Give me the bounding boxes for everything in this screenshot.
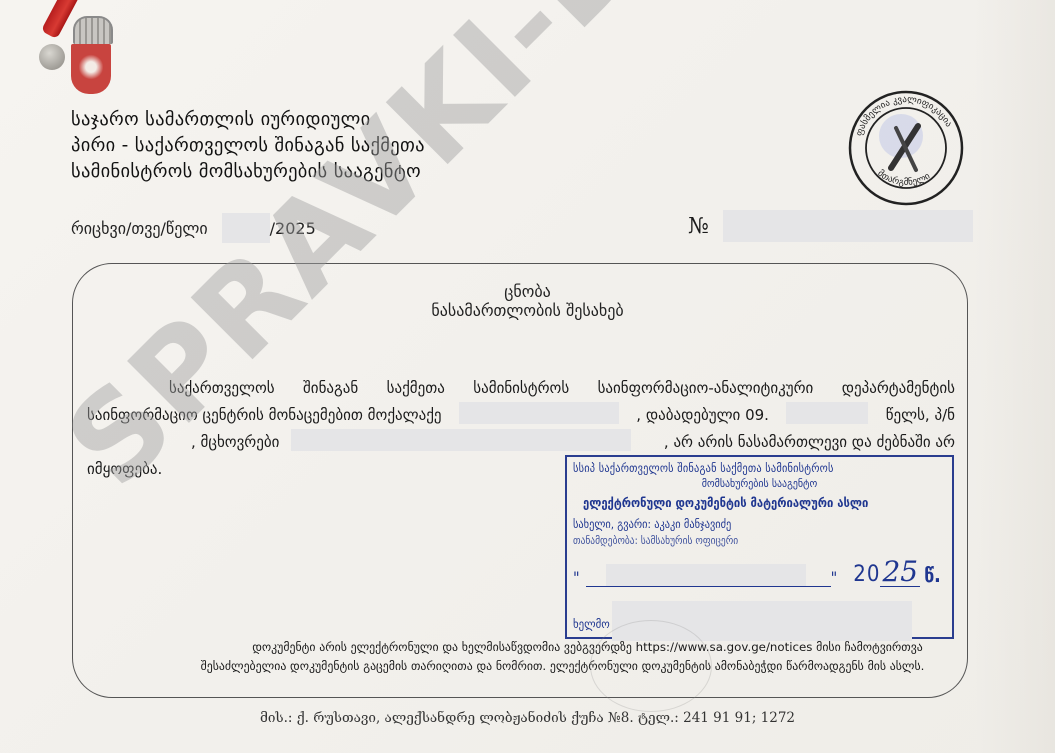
body-word: საინფორმაციო-ანალიტიკური xyxy=(598,375,814,402)
body-line-2: საინფორმაციო ცენტრის მონაცემებით მოქალაქ… xyxy=(87,402,955,429)
coat-of-arms-icon xyxy=(69,16,113,94)
issue-date-row: რიცხვი/თვე/წელი /2025 xyxy=(71,213,316,243)
org-line-1: საჯარო სამართლის იურიდიული xyxy=(71,107,425,133)
date-underline xyxy=(586,568,831,587)
redacted-cert-date xyxy=(606,564,806,586)
org-line-2: პირი - საქართველოს შინაგან საქმეთა xyxy=(71,133,425,159)
org-line-3: სამინისტროს მომსახურების სააგენტო xyxy=(71,159,425,185)
body-text: იმყოფება. xyxy=(87,456,162,483)
year-prefix: 20 xyxy=(853,562,880,587)
document-number-row: № xyxy=(688,210,973,242)
cert-line-4: სახელი, გვარი: აკაკი მანჯავიძე xyxy=(573,517,731,531)
redacted-personal-number xyxy=(87,429,179,451)
footer-address: მის.: ქ. რუსთავი, ალექსანდრე ლობჟანიძის … xyxy=(0,710,1055,726)
date-label: რიცხვი/თვე/წელი xyxy=(71,219,208,238)
body-text: წელს, პ/ნ xyxy=(886,402,955,429)
body-text: , მცხოვრები xyxy=(191,429,279,456)
redacted-address xyxy=(291,429,631,451)
faint-round-stamp-icon xyxy=(590,620,712,712)
cert-line-1: სსიპ საქართველოს შინაგან საქმეთა სამინის… xyxy=(573,461,834,475)
svg-text:მთარგმნელი: მთარგმნელი xyxy=(875,168,932,188)
year-handwritten: 25 xyxy=(880,558,920,587)
body-word: სამინისტროს xyxy=(473,375,569,402)
quote-close: " xyxy=(831,568,838,587)
document-subtitle: ნასამართლობის შესახებ xyxy=(0,301,1055,320)
body-text: , არ არის ნასამართლევი და ძებნაში არ xyxy=(664,429,955,456)
cert-date-line: " " 20 25 წ. xyxy=(573,557,943,587)
redacted-citizen-name xyxy=(459,402,619,424)
electronic-document-note-2: შესაძლებელია დოკუმენტის გაცემის თარიღითა… xyxy=(0,657,1055,676)
certification-stamp: სსიპ საქართველოს შინაგან საქმეთა სამინის… xyxy=(565,455,954,639)
redacted-document-number xyxy=(723,210,973,242)
body-text: , დაბადებული 09. xyxy=(636,402,769,429)
crown-icon xyxy=(73,16,113,44)
number-sign: № xyxy=(688,214,709,239)
quote-open: " xyxy=(573,568,580,587)
cert-line-3: ელექტრონული დოკუმენტის მატერიალური ასლი xyxy=(583,495,868,510)
redacted-date xyxy=(222,213,270,243)
document-title: ცნობა xyxy=(0,282,1055,301)
electronic-document-note-1: დოკუმენტი არის ელექტრონული და ხელმისაწვდ… xyxy=(0,638,1055,657)
body-word: საქართველოს xyxy=(169,375,275,402)
wax-seal-icon xyxy=(39,44,65,70)
saint-george-icon xyxy=(79,54,103,80)
redacted-birth-date xyxy=(786,402,868,424)
cert-line-2: მომსახურების სააგენტო xyxy=(567,477,952,490)
year-suffix: წ. xyxy=(924,563,941,587)
date-year: /2025 xyxy=(270,219,316,238)
translator-round-stamp-icon: ფასმელია კვალიფიკაცია მთარგმნელი xyxy=(846,88,966,208)
issuing-organization: საჯარო სამართლის იურიდიული პირი - საქართ… xyxy=(71,107,425,185)
body-text: საინფორმაციო ცენტრის მონაცემებით მოქალაქ… xyxy=(87,402,442,429)
body-word: შინაგან xyxy=(303,375,358,402)
signature-label: ხელმო xyxy=(573,617,610,631)
body-word: საქმეთა xyxy=(387,375,445,402)
body-word: დეპარტამენტის xyxy=(842,375,955,402)
body-line-3: , მცხოვრები , არ არის ნასამართლევი და ძე… xyxy=(87,429,955,456)
cert-line-5: თანამდებობა: სამსახურის ოფიცერი xyxy=(573,535,738,547)
body-line-1: საქართველოს შინაგან საქმეთა სამინისტროს … xyxy=(87,375,955,402)
